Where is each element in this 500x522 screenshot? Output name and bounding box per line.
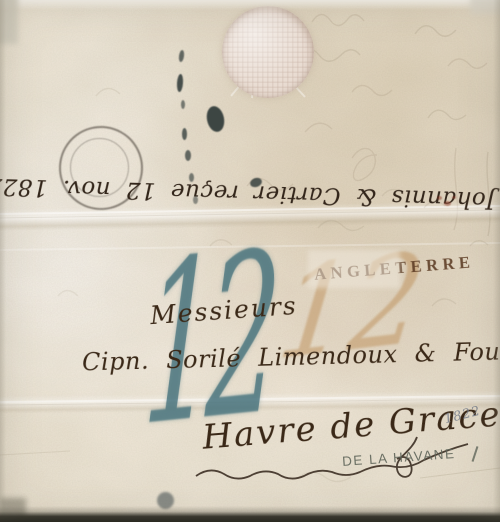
- letter-scan: Johannis & Cartier reçue 12 nov. 1822 12…: [0, 0, 500, 522]
- vignette: [0, 0, 500, 522]
